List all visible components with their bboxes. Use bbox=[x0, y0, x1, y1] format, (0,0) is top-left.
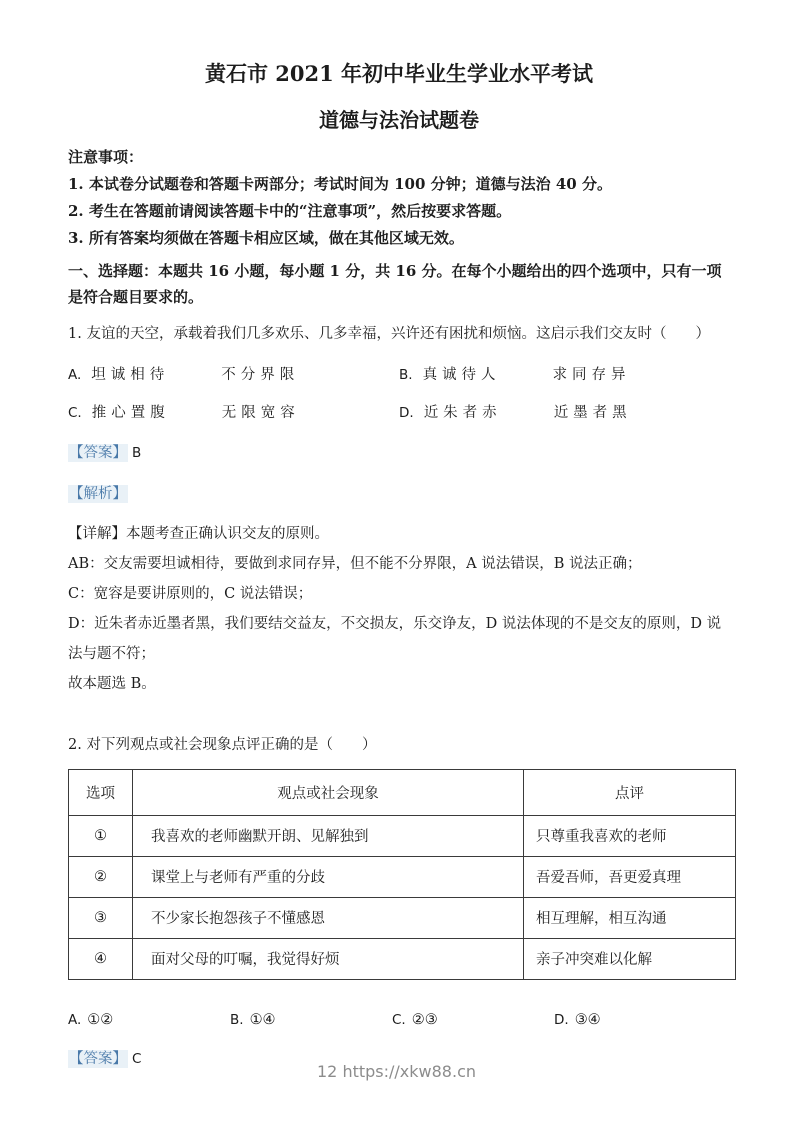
option-text: 近墨者黑 bbox=[554, 405, 632, 421]
table-row: ① 我喜欢的老师幽默开朗、见解独到 只尊重我喜欢的老师 bbox=[69, 815, 736, 856]
question-1-analysis-line: 【解析】 bbox=[68, 484, 730, 504]
cell-comment: 亲子冲突难以化解 bbox=[524, 938, 736, 979]
option-text: 无限宽容 bbox=[222, 405, 300, 421]
explanation-line: 【详解】本题考查正确认识交友的原则。 bbox=[68, 519, 730, 549]
cell-option-number: ③ bbox=[69, 897, 133, 938]
table-row: ④ 面对父母的叮嘱，我觉得好烦 亲子冲突难以化解 bbox=[69, 938, 736, 979]
question-1-option-d: D.近朱者赤近墨者黑 bbox=[399, 401, 730, 422]
question-2-option-b: B.①④ bbox=[230, 1012, 392, 1028]
cell-option-number: ① bbox=[69, 815, 133, 856]
question-2-stem: 2. 对下列观点或社会现象点评正确的是（ ） bbox=[68, 735, 730, 755]
option-label: B. bbox=[399, 367, 413, 383]
notice-item-3: 3. 所有答案均须做在答题卡相应区域，做在其他区域无效。 bbox=[68, 225, 730, 252]
question-2-option-a: A.①② bbox=[68, 1012, 230, 1028]
question-1-options: A.坦诚相待不分界限 B.真诚待人求同存异 C.推心置腹无限宽容 D.近朱者赤近… bbox=[68, 363, 730, 422]
table-row: ③ 不少家长抱怨孩子不懂感恩 相互理解，相互沟通 bbox=[69, 897, 736, 938]
cell-comment: 相互理解，相互沟通 bbox=[524, 897, 736, 938]
option-label: B. bbox=[230, 1012, 244, 1028]
option-text: 求同存异 bbox=[553, 367, 631, 383]
table-header-row: 选项 观点或社会现象 点评 bbox=[69, 769, 736, 815]
question-2-table: 选项 观点或社会现象 点评 ① 我喜欢的老师幽默开朗、见解独到 只尊重我喜欢的老… bbox=[68, 769, 736, 980]
question-1-option-c: C.推心置腹无限宽容 bbox=[68, 401, 399, 422]
question-1-stem: 1. 友谊的天空，承载着我们几多欢乐、几多幸福，兴许还有困扰和烦恼。这启示我们交… bbox=[68, 324, 730, 344]
option-label: C. bbox=[68, 405, 82, 421]
option-text: 不分界限 bbox=[221, 367, 299, 383]
cell-comment: 吾爱吾师，吾更爱真理 bbox=[524, 856, 736, 897]
column-header-viewpoint: 观点或社会现象 bbox=[133, 769, 524, 815]
question-1-answer-line: 【答案】B bbox=[68, 443, 730, 463]
option-label: A. bbox=[68, 1012, 81, 1028]
cell-option-number: ② bbox=[69, 856, 133, 897]
question-1: 1. 友谊的天空，承载着我们几多欢乐、几多幸福，兴许还有困扰和烦恼。这启示我们交… bbox=[68, 324, 730, 699]
analysis-tag: 【解析】 bbox=[68, 485, 128, 503]
column-header-comment: 点评 bbox=[524, 769, 736, 815]
question-1-option-b: B.真诚待人求同存异 bbox=[399, 363, 730, 384]
answer-tag: 【答案】 bbox=[68, 444, 128, 462]
cell-viewpoint: 面对父母的叮嘱，我觉得好烦 bbox=[133, 938, 524, 979]
explanation-line: 故本题选 B。 bbox=[68, 669, 730, 699]
question-2: 2. 对下列观点或社会现象点评正确的是（ ） 选项 观点或社会现象 点评 ① 我… bbox=[68, 735, 730, 1069]
page-footer-url: 12 https://xkw88.cn bbox=[0, 1062, 793, 1081]
cell-viewpoint: 我喜欢的老师幽默开朗、见解独到 bbox=[133, 815, 524, 856]
cell-comment: 只尊重我喜欢的老师 bbox=[524, 815, 736, 856]
question-2-option-d: D.③④ bbox=[554, 1012, 730, 1028]
notice-item-2: 2. 考生在答题前请阅读答题卡中的“注意事项”，然后按要求答题。 bbox=[68, 198, 730, 225]
option-label: C. bbox=[392, 1012, 406, 1028]
page-title: 黄石市 2021 年初中毕业生学业水平考试 bbox=[68, 60, 730, 87]
cell-viewpoint: 课堂上与老师有严重的分歧 bbox=[133, 856, 524, 897]
option-label: D. bbox=[399, 405, 414, 421]
option-text: 近朱者赤 bbox=[424, 405, 502, 421]
option-text: ③④ bbox=[575, 1012, 601, 1028]
explanation-line: D：近朱者赤近墨者黑，我们要结交益友，不交损友，乐交诤友，D 说法体现的不是交友… bbox=[68, 609, 730, 669]
exam-document-page: 黄石市 2021 年初中毕业生学业水平考试 道德与法治试题卷 注意事项： 1. … bbox=[0, 0, 793, 1122]
notice-heading: 注意事项： bbox=[68, 144, 730, 171]
question-1-option-a: A.坦诚相待不分界限 bbox=[68, 363, 399, 384]
explanation-line: AB：交友需要坦诚相待，要做到求同存异，但不能不分界限，A 说法错误，B 说法正… bbox=[68, 549, 730, 579]
option-text: ①② bbox=[87, 1012, 113, 1028]
question-1-explanation: 【详解】本题考查正确认识交友的原则。 AB：交友需要坦诚相待，要做到求同存异，但… bbox=[68, 519, 730, 699]
question-2-options: A.①② B.①④ C.②③ D.③④ bbox=[68, 1012, 730, 1028]
column-header-option: 选项 bbox=[69, 769, 133, 815]
cell-option-number: ④ bbox=[69, 938, 133, 979]
section-heading-choice-questions: 一、选择题：本题共 16 小题，每小题 1 分，共 16 分。在每个小题给出的四… bbox=[68, 258, 730, 310]
notice-section: 注意事项： 1. 本试卷分试题卷和答题卡两部分；考试时间为 100 分钟；道德与… bbox=[68, 144, 730, 252]
option-text: 真诚待人 bbox=[423, 367, 501, 383]
page-subtitle: 道德与法治试题卷 bbox=[68, 107, 730, 134]
table-row: ② 课堂上与老师有严重的分歧 吾爱吾师，吾更爱真理 bbox=[69, 856, 736, 897]
option-text: ②③ bbox=[412, 1012, 438, 1028]
notice-item-1: 1. 本试卷分试题卷和答题卡两部分；考试时间为 100 分钟；道德与法治 40 … bbox=[68, 171, 730, 198]
option-text: ①④ bbox=[250, 1012, 276, 1028]
option-text: 推心置腹 bbox=[92, 405, 170, 421]
explanation-line: C：宽容是要讲原则的，C 说法错误； bbox=[68, 579, 730, 609]
cell-viewpoint: 不少家长抱怨孩子不懂感恩 bbox=[133, 897, 524, 938]
option-text: 坦诚相待 bbox=[91, 367, 169, 383]
option-label: D. bbox=[554, 1012, 569, 1028]
question-2-option-c: C.②③ bbox=[392, 1012, 554, 1028]
option-label: A. bbox=[68, 367, 81, 383]
answer-value: B bbox=[132, 445, 141, 461]
